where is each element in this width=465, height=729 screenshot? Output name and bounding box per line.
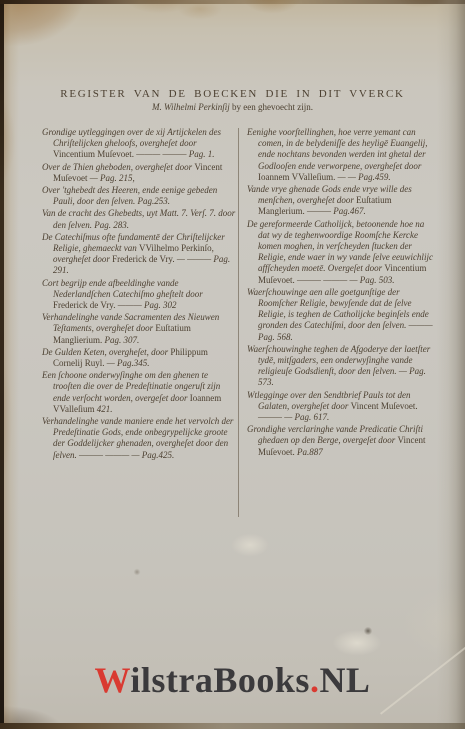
register-entry: Grondighe verclaringhe vande Predicatie … bbox=[247, 424, 436, 458]
entry-text-segment: Frederick de Vry. bbox=[53, 300, 115, 310]
entry-text-segment: Pag. 307. bbox=[102, 335, 139, 345]
entry-text-segment: Verhandelinghe vande maniere ende het ve… bbox=[42, 416, 233, 460]
register-entry: Waerſchouwinghe teghen de Afgoderye der … bbox=[247, 344, 436, 389]
photo-bottom-edge bbox=[0, 723, 465, 729]
right-column: Eenighe voorſtellinghen, hoe verre yeman… bbox=[247, 127, 436, 459]
column-divider-rule bbox=[238, 128, 239, 517]
entry-text-segment: Waerſchouwinghe teghen de Afgoderye der … bbox=[247, 344, 430, 388]
register-entry: De Gulden Keten, overgheſet, door Philip… bbox=[42, 347, 236, 369]
register-entry: Over 'tghebedt des Heeren, ende eenige g… bbox=[42, 185, 236, 207]
entry-text-segment: ——— Pag.467. bbox=[305, 206, 366, 216]
register-subtitle: M. Wilhelmi Perkinſij by een ghevoecht z… bbox=[0, 102, 465, 112]
entry-text-segment: Over 'tghebedt des Heeren, ende eenige g… bbox=[42, 185, 217, 206]
register-entry: Een ſchoone onderwyſinghe om den ghenen … bbox=[42, 370, 236, 415]
register-entry: De Catechiſmus ofte fundamentē der Chriſ… bbox=[42, 232, 236, 277]
entry-text-segment: De Gulden Keten, overgheſet, door bbox=[42, 347, 170, 357]
entry-text-segment: — Pag.345. bbox=[105, 358, 150, 368]
subtitle-author: M. Wilhelmi Perkinſij bbox=[152, 102, 230, 112]
entry-text-segment: ——— — Pag. 617. bbox=[258, 412, 329, 422]
entry-text-segment: Eenighe voorſtellinghen, hoe verre yeman… bbox=[247, 127, 427, 171]
entry-text-segment: ——— ——— Pag. 1. bbox=[134, 149, 215, 159]
entry-text-segment: ——— Pag. 302 bbox=[115, 300, 176, 310]
entry-text-segment: Grondige uytleggingen over de xij Artijc… bbox=[42, 127, 221, 148]
register-entry: Verhandelinghe vande maniere ende het ve… bbox=[42, 416, 236, 461]
entry-text-segment: Verhandelinghe vande Sacramenten des Nie… bbox=[42, 312, 219, 333]
entry-text-segment: ——— ——— — Pag. 503. bbox=[295, 275, 395, 285]
register-entry: Verhandelinghe vande Sacramenten des Nie… bbox=[42, 312, 236, 346]
entry-text-segment: overgheſet door bbox=[53, 254, 112, 264]
entry-text-segment: — Pag. 215, bbox=[88, 173, 135, 183]
watermark-nl: NL bbox=[319, 660, 370, 700]
book-page-photo: REGISTER VAN DE BOECKEN DIE IN DIT VVERC… bbox=[0, 0, 465, 729]
watermark-dot: . bbox=[310, 660, 320, 700]
register-entry: Van de cracht des Ghebedts, uyt Matt. 7.… bbox=[42, 208, 236, 230]
register-entry: Over de Thien gheboden, overgheſet door … bbox=[42, 162, 236, 184]
entry-text-segment: Cort begrijp ende afbeeldinghe vande Ned… bbox=[42, 278, 203, 299]
entry-text-segment: Van de cracht des Ghebedts, uyt Matt. 7.… bbox=[42, 208, 235, 229]
entry-text-segment: Ioannem VValleſium. bbox=[258, 172, 335, 182]
photo-top-edge bbox=[0, 0, 465, 4]
entry-text-segment: — — Pag.459. bbox=[335, 172, 390, 182]
register-title: REGISTER VAN DE BOECKEN DIE IN DIT VVERC… bbox=[0, 88, 465, 100]
left-column: Grondige uytleggingen over de xij Artijc… bbox=[42, 127, 236, 462]
register-entry: Grondige uytleggingen over de xij Artijc… bbox=[42, 127, 236, 161]
register-entry: De gereformeerde Catholijck, betoonende … bbox=[247, 219, 436, 286]
entry-text-segment: 421. bbox=[95, 404, 113, 414]
watermark-wilstrabooks: WilstraBooks.NL bbox=[0, 659, 465, 701]
entry-text-segment: Over de Thien gheboden, overgheſet door bbox=[42, 162, 194, 172]
register-entry: Eenighe voorſtellinghen, hoe verre yeman… bbox=[247, 127, 436, 183]
watermark-body: ilstraBooks bbox=[130, 660, 310, 700]
entry-text-segment: Frederick de Vry. bbox=[112, 254, 174, 264]
watermark-w: W bbox=[95, 660, 131, 700]
entry-text-segment: Waerſchouwinge aen alle goetgunſtige der… bbox=[247, 287, 433, 342]
register-entry: Cort begrijp ende afbeeldinghe vande Ned… bbox=[42, 278, 236, 312]
register-entry: Wtlegginge over den Sendtbrief Pauls tot… bbox=[247, 390, 436, 424]
entry-text-segment: Pa.887 bbox=[295, 447, 323, 457]
subtitle-rest: by een ghevoecht zijn. bbox=[230, 102, 313, 112]
entry-text-segment: Vincentium Muſevoet. bbox=[53, 149, 134, 159]
register-entry: Vande vrye ghenade Gods ende vrye wille … bbox=[247, 184, 436, 218]
entry-text-segment: VVilhelmo Perkinſo, bbox=[139, 243, 214, 253]
entry-text-segment: Vincent Muſevoet. bbox=[351, 401, 418, 411]
register-entry: Waerſchouwinge aen alle goetgunſtige der… bbox=[247, 287, 436, 343]
